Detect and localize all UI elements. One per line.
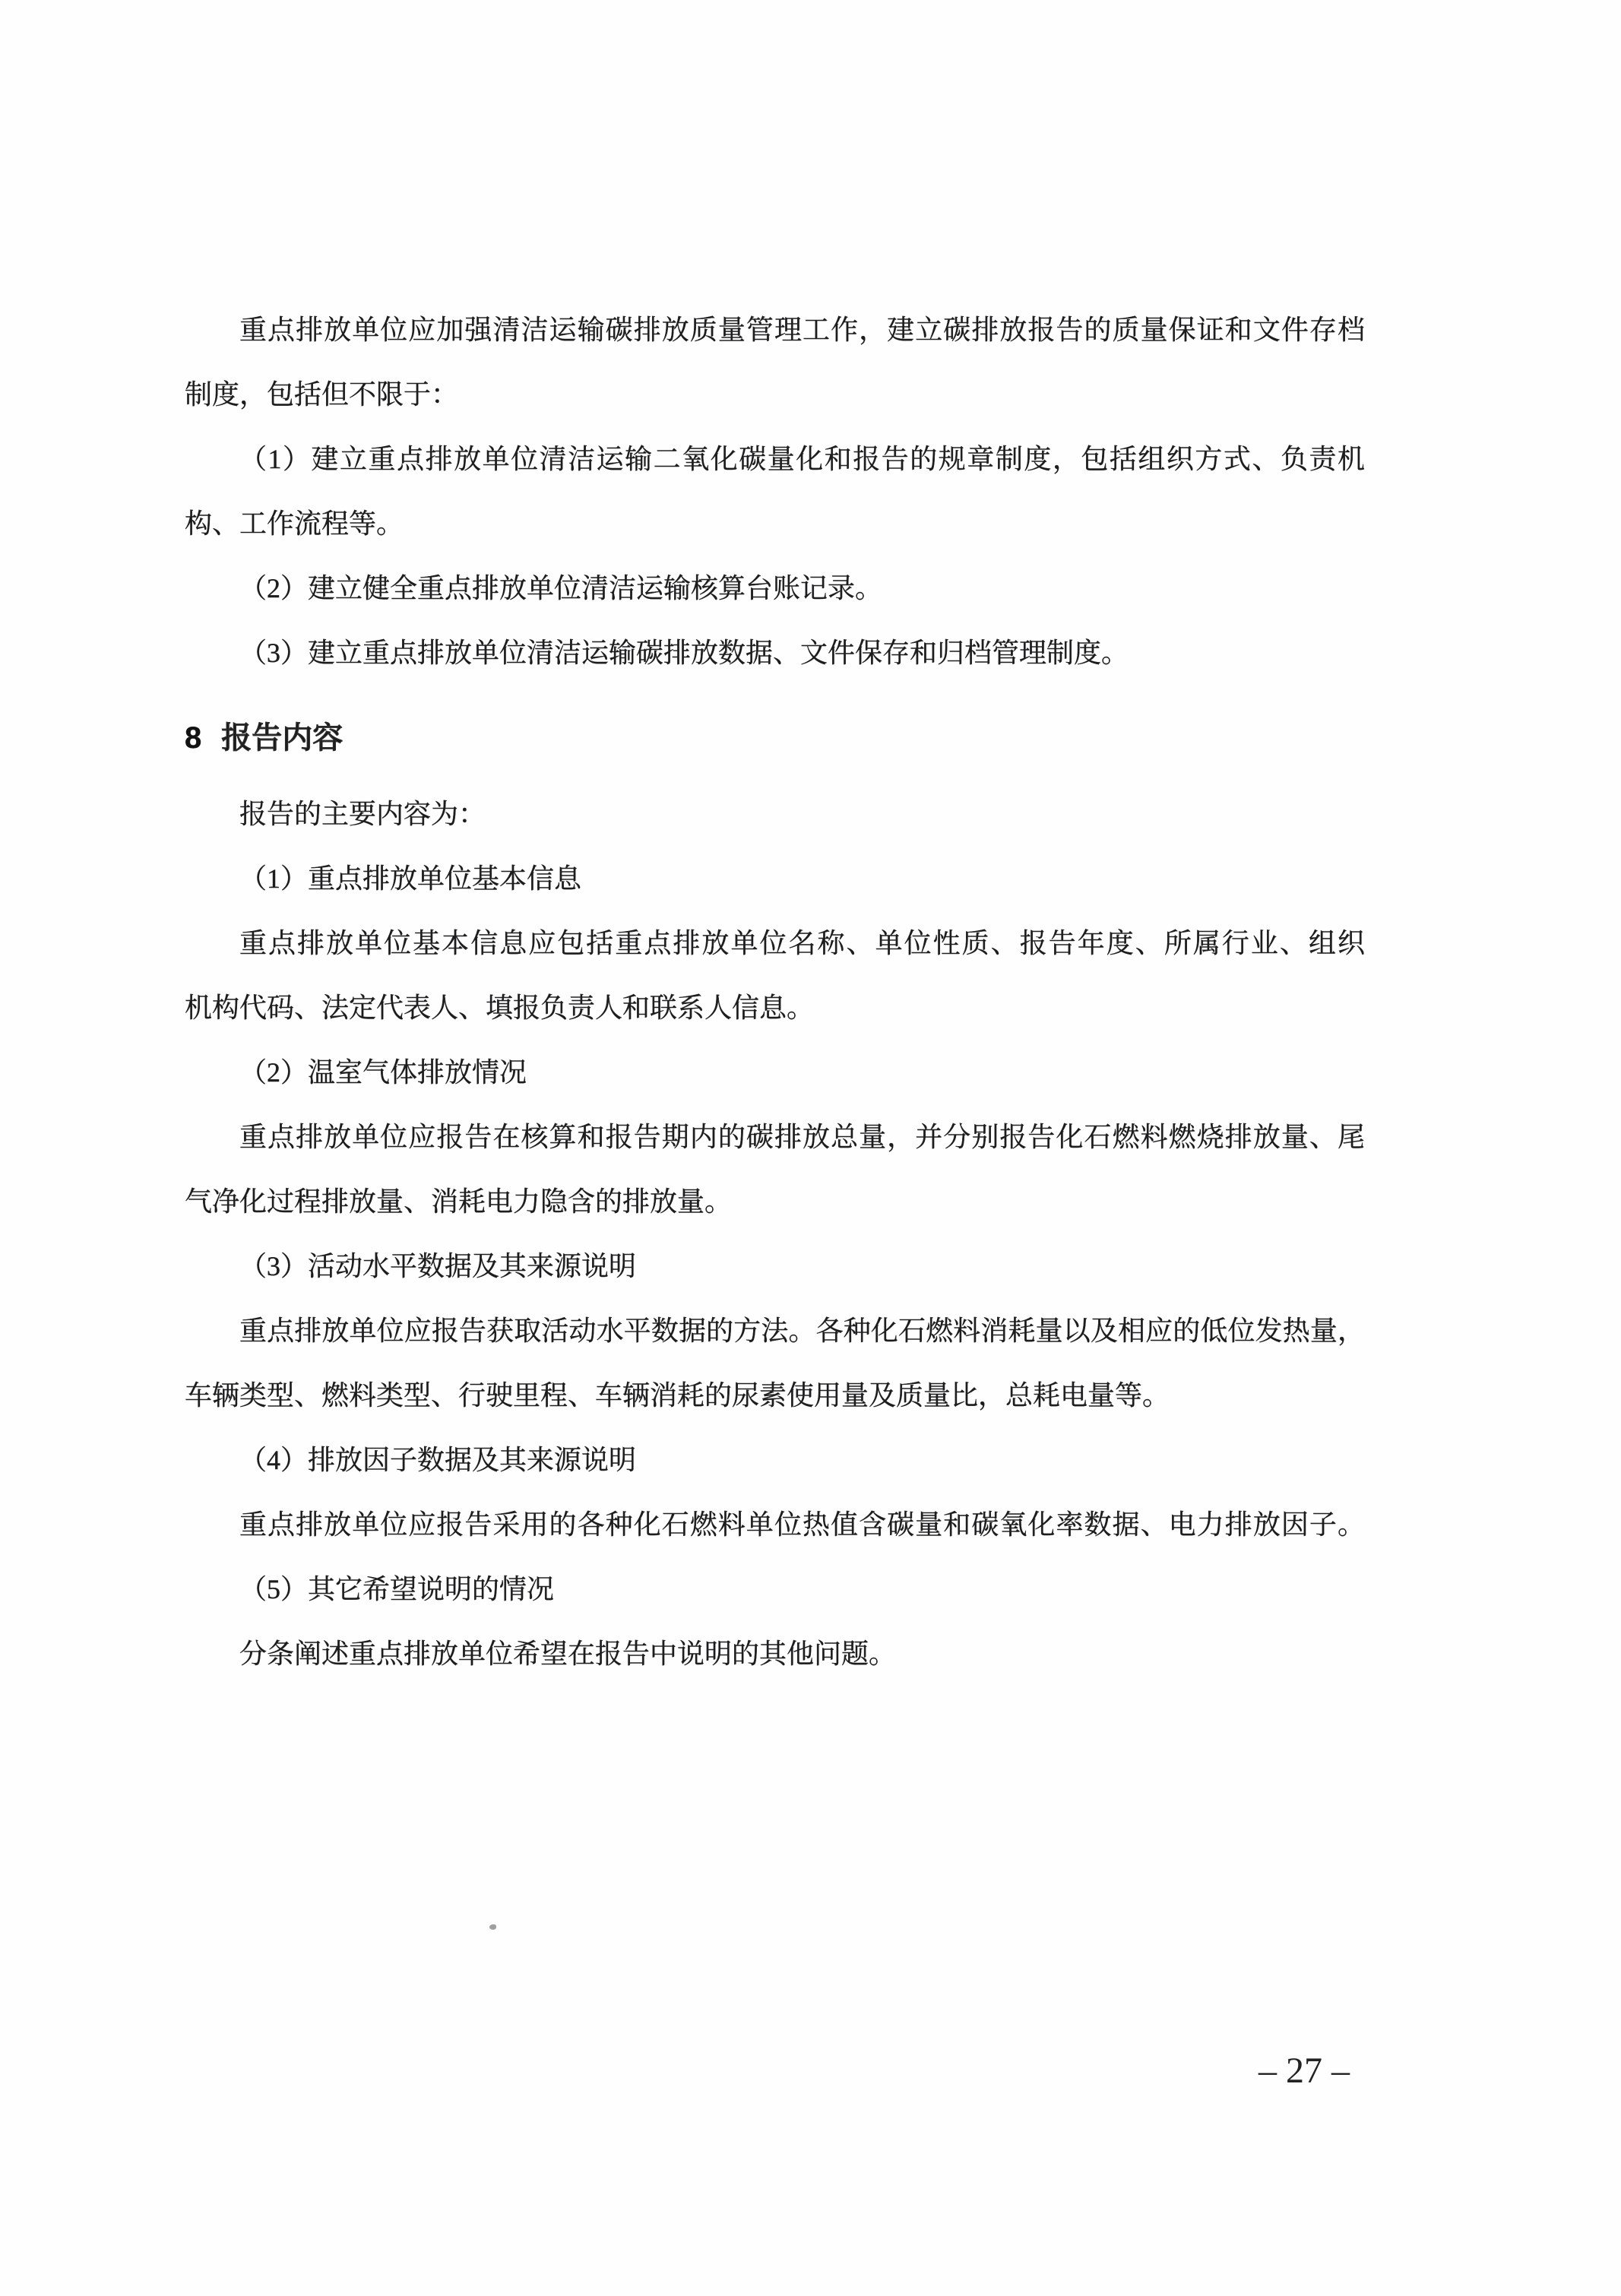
scan-artifact-speck bbox=[489, 1924, 496, 1930]
text-line: （2）温室气体排放情况 bbox=[185, 1040, 1365, 1105]
document-text-block: 重点排放单位应加强清洁运输碳排放质量管理工作，建立碳排放报告的质量保证和文件存档… bbox=[185, 298, 1365, 1686]
text-line: （1）建立重点排放单位清洁运输二氧化碳量化和报告的规章制度，包括组织方式、负责机 bbox=[185, 427, 1365, 492]
text-line: 车辆类型、燃料类型、行驶里程、车辆消耗的尿素使用量及质量比，总耗电量等。 bbox=[185, 1363, 1365, 1428]
text-line: （2）建立健全重点排放单位清洁运输核算台账记录。 bbox=[185, 556, 1365, 621]
text-line: 气净化过程排放量、消耗电力隐含的排放量。 bbox=[185, 1170, 1365, 1234]
text-line: （3）活动水平数据及其来源说明 bbox=[185, 1234, 1365, 1299]
text-line: 重点排放单位应报告采用的各种化石燃料单位热值含碳量和碳氧化率数据、电力排放因子。 bbox=[185, 1493, 1365, 1557]
text-line: （4）排放因子数据及其来源说明 bbox=[185, 1428, 1365, 1493]
text-line: （1）重点排放单位基本信息 bbox=[185, 847, 1365, 911]
document-page: 重点排放单位应加强清洁运输碳排放质量管理工作，建立碳排放报告的质量保证和文件存档… bbox=[0, 0, 1621, 2296]
section-title: 报告内容 bbox=[221, 721, 343, 755]
text-line: 重点排放单位应报告获取活动水平数据的方法。各种化石燃料消耗量以及相应的低位发热量… bbox=[185, 1299, 1365, 1363]
text-line: 重点排放单位基本信息应包括重点排放单位名称、单位性质、报告年度、所属行业、组织 bbox=[185, 911, 1365, 976]
section-heading: 8报告内容 bbox=[185, 706, 1365, 771]
section-number: 8 bbox=[185, 706, 201, 771]
text-line: （5）其它希望说明的情况 bbox=[185, 1557, 1365, 1622]
text-line: 报告的主要内容为： bbox=[185, 782, 1365, 847]
text-line: 重点排放单位应加强清洁运输碳排放质量管理工作，建立碳排放报告的质量保证和文件存档 bbox=[185, 298, 1365, 363]
text-line: 重点排放单位应报告在核算和报告期内的碳排放总量，并分别报告化石燃料燃烧排放量、尾 bbox=[185, 1105, 1365, 1170]
text-line: （3）建立重点排放单位清洁运输碳排放数据、文件保存和归档管理制度。 bbox=[185, 621, 1365, 686]
text-line: 机构代码、法定代表人、填报负责人和联系人信息。 bbox=[185, 976, 1365, 1040]
text-line: 构、工作流程等。 bbox=[185, 492, 1365, 556]
text-line: 制度，包括但不限于： bbox=[185, 363, 1365, 427]
page-number: – 27 – bbox=[1252, 2052, 1356, 2090]
text-line: 分条阐述重点排放单位希望在报告中说明的其他问题。 bbox=[185, 1622, 1365, 1686]
